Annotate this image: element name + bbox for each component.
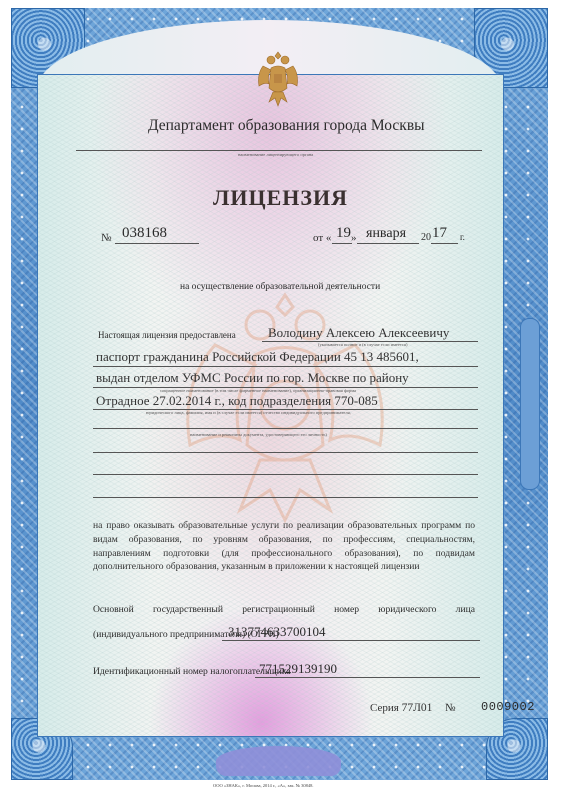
ogrn-value: 313774633700104 xyxy=(228,624,326,640)
blank-line-1 xyxy=(93,428,478,429)
ogrn-label-line-1: Основной государственный регистрационный… xyxy=(93,604,475,615)
licensee-caption-1: (указывается полное и (в случае если име… xyxy=(318,342,408,347)
month-underline xyxy=(357,243,419,244)
day-underline xyxy=(332,243,352,244)
hologram-oval xyxy=(216,746,341,776)
form-number-sign: № xyxy=(445,702,456,714)
series-block: Серия 77Л01 xyxy=(370,702,432,714)
date-year-prefix: 20 xyxy=(421,232,431,243)
coat-of-arms-icon xyxy=(255,48,301,110)
issuer-caption: наименование лицензирующего органа xyxy=(238,152,313,157)
blank-line-2 xyxy=(93,452,478,453)
licensee-line-2: паспорт гражданина Российской Федерации … xyxy=(96,349,419,365)
date-prefix: от « xyxy=(313,232,331,244)
granted-to-label: Настоящая лицензия предоставлена xyxy=(98,330,236,340)
rights-paragraph: на право оказывать образовательные услуг… xyxy=(93,519,475,574)
licensee-caption-3: юридического лица, фамилия, имя и (в слу… xyxy=(146,410,351,415)
date-year-g: г. xyxy=(460,232,465,242)
number-sign: № xyxy=(101,232,112,244)
date-year: 17 xyxy=(432,225,447,242)
side-panel-ornament xyxy=(520,318,540,490)
ogrn-underline xyxy=(222,640,480,641)
licensee-line-3: выдан отделом УФМС России по гор. Москве… xyxy=(96,370,409,386)
issuing-authority: Департамент образования города Москвы xyxy=(148,117,425,135)
number-underline xyxy=(115,243,199,244)
license-number: 038168 xyxy=(122,225,167,242)
activity-type: на осуществление образовательной деятель… xyxy=(180,282,380,292)
licensee-line-4: Отрадное 27.02.2014 г., код подразделени… xyxy=(96,393,378,409)
document-title: ЛИЦЕНЗИЯ xyxy=(213,185,348,211)
form-number: 0009002 xyxy=(481,700,535,714)
licensee-line-1: Володину Алексею Алексеевичу xyxy=(268,325,449,341)
blank-line-4 xyxy=(93,497,478,498)
series-label: Серия xyxy=(370,702,399,714)
series-value: 77Л01 xyxy=(402,702,433,714)
year-underline xyxy=(431,243,458,244)
licensee-caption-4: наименование и реквизиты документа, удос… xyxy=(190,432,327,437)
printer-footer: ООО «ЗНАК», г. Москва, 2014 г., «А», зак… xyxy=(213,783,314,788)
inn-value: 771529139190 xyxy=(259,661,337,677)
blank-line-3 xyxy=(93,474,478,475)
date-day: 19 xyxy=(336,225,351,242)
licensee-underline-2 xyxy=(93,366,478,367)
date-month: января xyxy=(366,226,406,242)
inn-underline xyxy=(255,677,480,678)
issuer-underline xyxy=(76,150,482,151)
